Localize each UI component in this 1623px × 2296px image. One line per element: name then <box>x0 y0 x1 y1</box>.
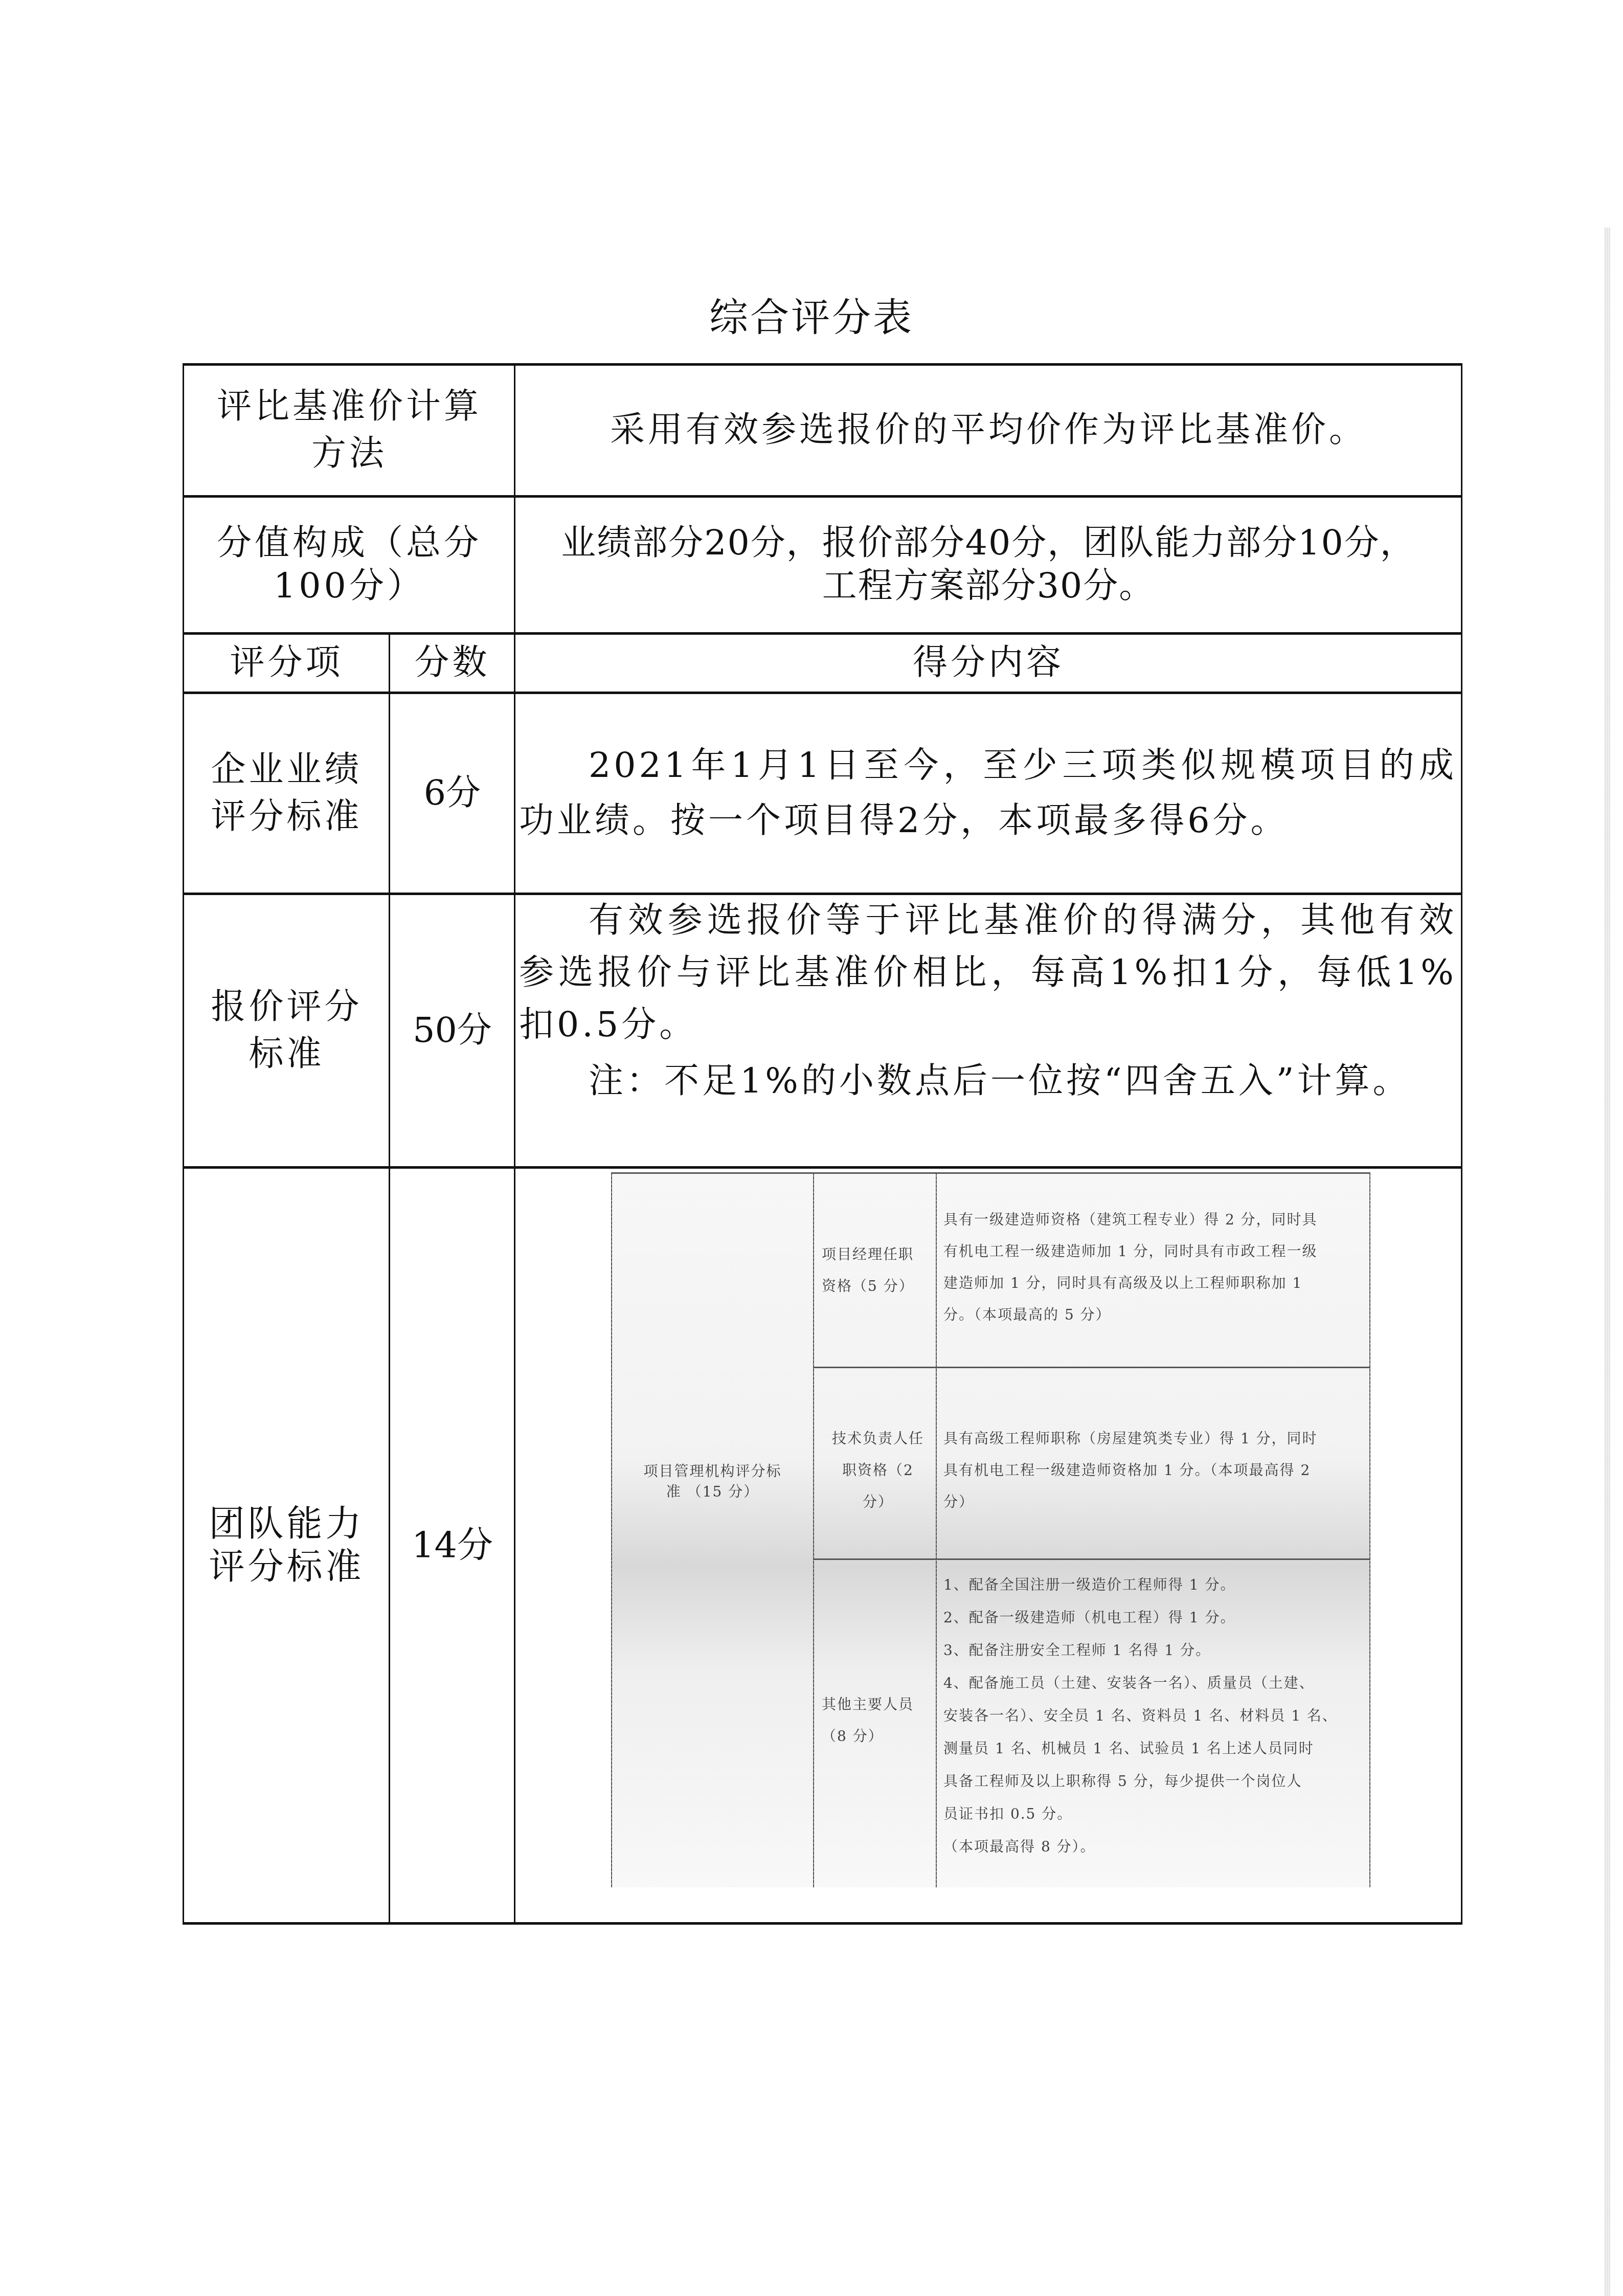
name-line: 分） <box>822 1486 934 1518</box>
score-composition-content: 业绩部分20分，报价部分40分，团队能力部分10分， 工程方案部分30分。 <box>516 497 1461 632</box>
row-performance-score: 6分 <box>391 694 514 893</box>
name-line: 资格（5 分） <box>822 1270 934 1302</box>
embed-category: 项目管理机构评分标 准 （15 分） <box>612 1459 813 1505</box>
row-price-score: 50分 <box>391 895 514 1166</box>
embed-subrow-pm-name: 项目经理任职 资格（5 分） <box>822 1239 934 1302</box>
row-price-content: 有效参选报价等于评比基准价的得满分，其他有效参选报价与评比基准价相比，每高1%扣… <box>516 895 1460 1166</box>
content-line: 分。（本项最高的 5 分） <box>943 1299 1368 1331</box>
name-line: （8 分） <box>822 1721 934 1752</box>
content-line: 员证书扣 0.5 分。 <box>943 1798 1368 1831</box>
scan-edge-strip <box>1605 228 1611 2296</box>
item-line: 报价评分 <box>211 984 362 1031</box>
content-text: 2021年1月1日至今，至少三项类似规模项目的成功业绩。按一个项目得2分，本项最… <box>519 738 1457 849</box>
embed-border-right <box>1369 1172 1370 1887</box>
baseline-method-label: 评比基准价计算 方法 <box>185 365 514 495</box>
name-line: 职资格（2 <box>822 1455 934 1486</box>
embedded-scoring-image: 项目管理机构评分标 准 （15 分） 项目经理任职 资格（5 分） 具有一级建造… <box>611 1172 1370 1887</box>
category-line: 准 （15 分） <box>666 1482 759 1502</box>
label-line: 分值构成（总分 <box>217 522 482 565</box>
name-line: 项目经理任职 <box>822 1239 934 1270</box>
content-line: 1、配备全国注册一级造价工程师得 1 分。 <box>943 1569 1368 1601</box>
content-line: 4、配备施工员（土建、安装各一名）、质量员（土建、 <box>943 1667 1368 1700</box>
item-line: 企业业绩 <box>211 746 362 793</box>
score-composition-label: 分值构成（总分 100分） <box>185 497 514 632</box>
content-line: 具有高级工程师职称（房屋建筑类专业）得 1 分，同时 <box>943 1423 1368 1455</box>
embed-column-divider <box>936 1172 937 1887</box>
page-title: 综合评分表 <box>0 286 1623 342</box>
embed-border-left <box>611 1172 612 1887</box>
item-line: 标准 <box>249 1031 324 1078</box>
row-team-score: 14分 <box>391 1168 514 1922</box>
item-line: 评分标准 <box>211 793 362 840</box>
table-border-right <box>1461 363 1462 1924</box>
embed-row-divider <box>813 1367 1370 1368</box>
embed-column-divider <box>813 1172 814 1887</box>
embed-subrow-staff-name: 其他主要人员 （8 分） <box>822 1689 934 1752</box>
category-line: 项目管理机构评分标 <box>643 1461 781 1482</box>
row-price-item: 报价评分 标准 <box>185 895 389 1166</box>
table-border-left <box>183 363 184 1924</box>
content-line: 具备工程师及以上职称得 5 分，每少提供一个岗位人 <box>943 1765 1368 1798</box>
content-line: 测量员 1 名、机械员 1 名、试验员 1 名上述人员同时 <box>943 1732 1368 1765</box>
header-content: 得分内容 <box>516 634 1461 692</box>
note-text: 注：不足1%的小数点后一位按“四舍五入”计算。 <box>519 1055 1457 1107</box>
label-line: 评比基准价计算 <box>217 383 482 430</box>
content-line: 安装各一名）、安全员 1 名、资料员 1 名、材料员 1 名、 <box>943 1700 1368 1732</box>
row-performance-content: 2021年1月1日至今，至少三项类似规模项目的成功业绩。按一个项目得2分，本项最… <box>516 694 1460 893</box>
content-text: 采用有效参选报价的平均价作为评比基准价。 <box>610 407 1367 454</box>
header-score: 分数 <box>391 634 514 692</box>
content-line: 2、配备一级建造师（机电工程）得 1 分。 <box>943 1601 1368 1634</box>
name-line: 其他主要人员 <box>822 1689 934 1721</box>
item-line: 团队能力 <box>209 1502 365 1545</box>
content-text: 有效参选报价等于评比基准价的得满分，其他有效参选报价与评比基准价相比，每高1%扣… <box>519 895 1457 1051</box>
embed-border-top <box>611 1172 1370 1174</box>
content-line: 3、配备注册安全工程师 1 名得 1 分。 <box>943 1634 1368 1667</box>
header-item: 评分项 <box>185 634 389 692</box>
column-divider <box>514 363 515 1924</box>
embed-row-divider <box>813 1558 1370 1560</box>
table-border-bottom <box>183 1922 1462 1925</box>
embed-subrow-tech-name: 技术负责人任 职资格（2 分） <box>822 1423 934 1518</box>
content-line: （本项最高得 8 分）。 <box>943 1831 1368 1863</box>
content-line: 工程方案部分30分。 <box>822 565 1155 608</box>
content-line: 有机电工程一级建造师加 1 分，同时具有市政工程一级 <box>943 1236 1368 1267</box>
embed-subrow-pm-content: 具有一级建造师资格（建筑工程专业）得 2 分，同时具 有机电工程一级建造师加 1… <box>943 1204 1368 1331</box>
content-line: 具有机电工程一级建造师资格加 1 分。（本项最高得 2 <box>943 1455 1368 1486</box>
name-line: 技术负责人任 <box>822 1423 934 1455</box>
column-divider <box>389 632 390 1924</box>
baseline-method-content: 采用有效参选报价的平均价作为评比基准价。 <box>516 365 1461 495</box>
row-team-item: 团队能力 评分标准 <box>185 1168 389 1922</box>
embed-subrow-tech-content: 具有高级工程师职称（房屋建筑类专业）得 1 分，同时 具有机电工程一级建造师资格… <box>943 1423 1368 1518</box>
embed-subrow-staff-content: 1、配备全国注册一级造价工程师得 1 分。 2、配备一级建造师（机电工程）得 1… <box>943 1569 1368 1863</box>
row-performance-item: 企业业绩 评分标准 <box>185 694 389 893</box>
label-line: 方法 <box>311 430 387 477</box>
content-line: 建造师加 1 分，同时具有高级及以上工程师职称加 1 <box>943 1267 1368 1299</box>
content-line: 具有一级建造师资格（建筑工程专业）得 2 分，同时具 <box>943 1204 1368 1236</box>
label-line: 100分） <box>274 565 425 608</box>
item-line: 评分标准 <box>209 1545 365 1588</box>
content-line: 业绩部分20分，报价部分40分，团队能力部分10分， <box>561 522 1416 565</box>
content-line: 分） <box>943 1486 1368 1518</box>
